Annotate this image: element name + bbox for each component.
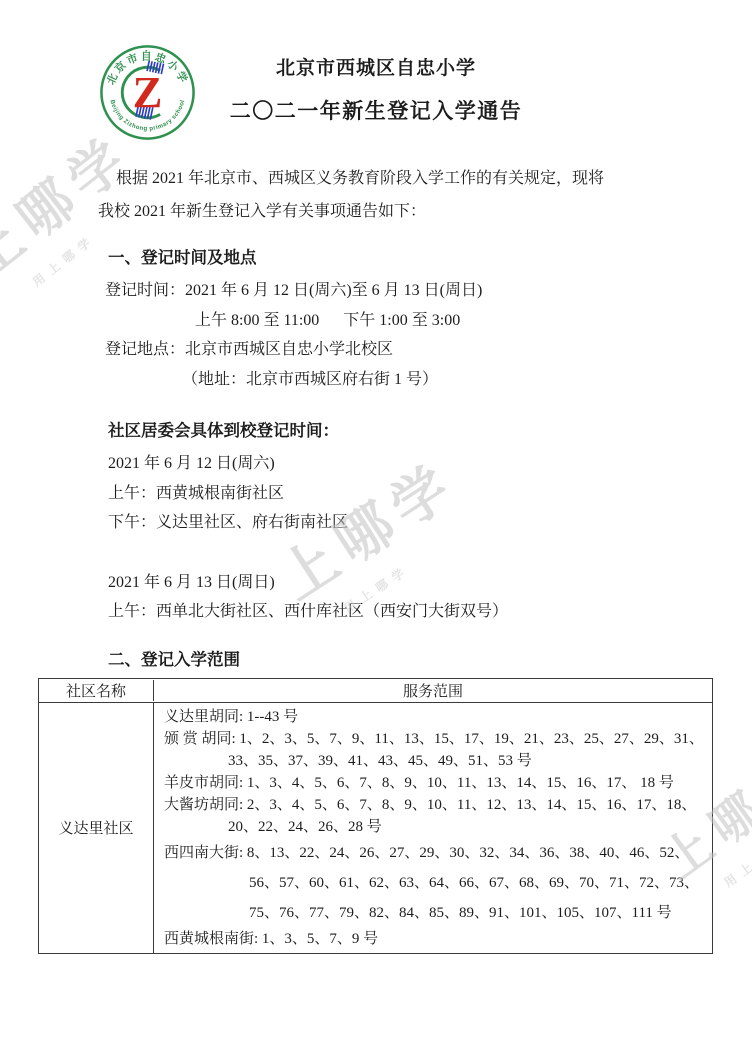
intro-paragraph: 根据 2021 年北京市、西城区义务教育阶段入学工作的有关规定，现将 我校 20… (98, 162, 694, 228)
service-line: 20、22、24、26、28 号 (164, 816, 706, 838)
intro-line: 根据 2021 年北京市、西城区义务教育阶段入学工作的有关规定，现将 (98, 162, 694, 195)
table-row: 义达里社区 义达里胡同: 1--43 号 颁 赏 胡同: 1、2、3、5、7、9… (39, 703, 712, 953)
community-schedule-lines: 2021 年 6 月 12 日(周六) 上午：西黄城根南街社区 下午：义达里社区… (108, 449, 752, 627)
service-line: 75、76、77、79、82、84、85、89、91、101、105、107、1… (164, 898, 706, 928)
community-name-cell: 义达里社区 (39, 703, 154, 953)
community-schedule-line: 下午：义达里社区、府右街南社区 (108, 508, 752, 538)
section2-heading: 二、登记入学范围 (108, 650, 752, 670)
section1-line: （地址：北京市西城区府右街 1 号） (105, 365, 752, 395)
section1-line: 登记时间：2021 年 6 月 12 日(周六)至 6 月 13 日(周日) (105, 276, 752, 306)
section1-heading: 一、登记时间及地点 (108, 248, 752, 268)
service-line: 颁 赏 胡同: 1、2、3、5、7、9、11、13、15、17、19、21、23… (164, 728, 706, 750)
service-range-cell: 义达里胡同: 1--43 号 颁 赏 胡同: 1、2、3、5、7、9、11、13… (154, 703, 712, 953)
service-line: 西黄城根南街: 1、3、5、7、9 号 (164, 928, 706, 950)
community-schedule-line: 上午：西单北大街社区、西什库社区（西安门大街双号） (108, 597, 752, 627)
service-line: 西四南大街: 8、13、22、24、26、27、29、30、32、34、36、3… (164, 838, 706, 868)
intro-line: 我校 2021 年新生登记入学有关事项通告如下： (98, 195, 694, 228)
table-header-service-range: 服务范围 (154, 680, 712, 701)
section1-line: 上午 8:00 至 11:00 下午 1:00 至 3:00 (105, 306, 752, 336)
section1-line: 登记地点：北京市西城区自忠小学北校区 (105, 335, 752, 365)
document-page: 上哪学 用上哪学 上哪学 用上哪学 上哪学 用上哪学 北京市自忠小学 Beiji… (0, 0, 752, 1063)
section1-lines: 登记时间：2021 年 6 月 12 日(周六)至 6 月 13 日(周日) 上… (105, 276, 752, 394)
community-schedule-line: 上午：西黄城根南街社区 (108, 479, 752, 509)
school-name-title: 北京市西城区自忠小学 (0, 56, 752, 82)
community-schedule-heading: 社区居委会具体到校登记时间： (108, 421, 752, 441)
enrollment-range-table: 社区名称 服务范围 义达里社区 义达里胡同: 1--43 号 颁 赏 胡同: 1… (38, 678, 713, 954)
table-header-row: 社区名称 服务范围 (39, 679, 712, 703)
notice-title: 二〇二一年新生登记入学通告 (0, 98, 752, 126)
service-line: 大酱坊胡同: 2、3、4、5、6、7、8、9、10、11、12、13、14、15… (164, 794, 706, 816)
community-schedule-line: 2021 年 6 月 13 日(周日) (108, 568, 752, 598)
community-schedule-line: 2021 年 6 月 12 日(周六) (108, 449, 752, 479)
document-body: 根据 2021 年北京市、西城区义务教育阶段入学工作的有关规定，现将 我校 20… (0, 162, 752, 954)
service-line: 义达里胡同: 1--43 号 (164, 706, 706, 728)
service-line: 羊皮市胡同: 1、3、4、5、6、7、8、9、10、11、13、14、15、16… (164, 772, 706, 794)
document-header: 北京市西城区自忠小学 二〇二一年新生登记入学通告 (0, 0, 752, 126)
table-header-community: 社区名称 (39, 680, 154, 701)
service-line: 33、35、37、39、41、43、45、49、51、53 号 (164, 750, 706, 772)
service-line: 56、57、60、61、62、63、64、66、67、68、69、70、71、7… (164, 868, 706, 898)
